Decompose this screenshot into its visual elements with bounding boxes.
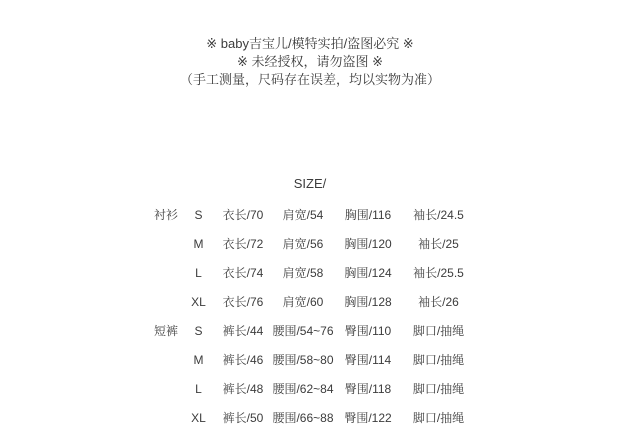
- cell-size: S: [182, 200, 215, 229]
- cell-size: S: [182, 316, 215, 345]
- cell-m1: 裤长/44: [215, 316, 271, 345]
- cell-product: 衬衫: [150, 200, 182, 229]
- cell-m1: 衣长/70: [215, 200, 271, 229]
- cell-m1: 裤长/48: [215, 374, 271, 403]
- size-row-shirt-m: M 衣长/72 肩宽/56 胸围/120 袖长/25: [150, 229, 476, 258]
- cell-m2: 腰围/58~80: [271, 345, 335, 374]
- cell-m1: 衣长/74: [215, 258, 271, 287]
- cell-size: XL: [182, 403, 215, 429]
- cell-m2: 肩宽/54: [271, 200, 335, 229]
- size-table: 衬衫 S 衣长/70 肩宽/54 胸围/116 袖长/24.5 M 衣长/72 …: [150, 200, 476, 429]
- cell-m1: 衣长/76: [215, 287, 271, 316]
- cell-m4: 脚口/抽绳: [401, 403, 476, 429]
- cell-m2: 腰围/66~88: [271, 403, 335, 429]
- size-row-shirt-l: L 衣长/74 肩宽/58 胸围/124 袖长/25.5: [150, 258, 476, 287]
- cell-m1: 衣长/72: [215, 229, 271, 258]
- cell-m2: 腰围/62~84: [271, 374, 335, 403]
- cell-product: [150, 258, 182, 287]
- cell-product: [150, 345, 182, 374]
- cell-m4: 脚口/抽绳: [401, 345, 476, 374]
- cell-product: [150, 229, 182, 258]
- cell-size: XL: [182, 287, 215, 316]
- size-row-shirt-s: 衬衫 S 衣长/70 肩宽/54 胸围/116 袖长/24.5: [150, 200, 476, 229]
- cell-m4: 袖长/26: [401, 287, 476, 316]
- cell-m3: 臀围/122: [335, 403, 401, 429]
- watermark-header: ※ baby吉宝儿/模特实拍/盗图必究 ※ ※ 未经授权，请勿盗图 ※ （手工测…: [0, 35, 620, 89]
- cell-m4: 袖长/25.5: [401, 258, 476, 287]
- watermark-line-2: ※ 未经授权，请勿盗图 ※: [0, 53, 620, 71]
- cell-m4: 脚口/抽绳: [401, 374, 476, 403]
- cell-m4: 袖长/25: [401, 229, 476, 258]
- cell-m1: 裤长/46: [215, 345, 271, 374]
- cell-product: 短裤: [150, 316, 182, 345]
- size-chart-page: ※ baby吉宝儿/模特实拍/盗图必究 ※ ※ 未经授权，请勿盗图 ※ （手工测…: [0, 0, 620, 429]
- cell-size: L: [182, 374, 215, 403]
- size-row-shorts-m: M 裤长/46 腰围/58~80 臀围/114 脚口/抽绳: [150, 345, 476, 374]
- cell-m3: 胸围/120: [335, 229, 401, 258]
- cell-m3: 胸围/128: [335, 287, 401, 316]
- cell-m2: 腰围/54~76: [271, 316, 335, 345]
- cell-m3: 胸围/116: [335, 200, 401, 229]
- watermark-line-1: ※ baby吉宝儿/模特实拍/盗图必究 ※: [0, 35, 620, 53]
- size-chart-title: SIZE/: [0, 176, 620, 192]
- cell-m3: 臀围/114: [335, 345, 401, 374]
- cell-m3: 臀围/118: [335, 374, 401, 403]
- cell-product: [150, 403, 182, 429]
- cell-size: M: [182, 229, 215, 258]
- cell-m2: 肩宽/56: [271, 229, 335, 258]
- size-row-shorts-s: 短裤 S 裤长/44 腰围/54~76 臀围/110 脚口/抽绳: [150, 316, 476, 345]
- cell-m3: 胸围/124: [335, 258, 401, 287]
- cell-m1: 裤长/50: [215, 403, 271, 429]
- cell-size: M: [182, 345, 215, 374]
- cell-m4: 袖长/24.5: [401, 200, 476, 229]
- size-row-shirt-xl: XL 衣长/76 肩宽/60 胸围/128 袖长/26: [150, 287, 476, 316]
- size-row-shorts-l: L 裤长/48 腰围/62~84 臀围/118 脚口/抽绳: [150, 374, 476, 403]
- cell-m2: 肩宽/58: [271, 258, 335, 287]
- watermark-line-3: （手工测量，尺码存在误差，均以实物为准）: [0, 71, 620, 89]
- cell-m4: 脚口/抽绳: [401, 316, 476, 345]
- cell-product: [150, 287, 182, 316]
- cell-product: [150, 374, 182, 403]
- cell-m2: 肩宽/60: [271, 287, 335, 316]
- size-row-shorts-xl: XL 裤长/50 腰围/66~88 臀围/122 脚口/抽绳: [150, 403, 476, 429]
- cell-m3: 臀围/110: [335, 316, 401, 345]
- cell-size: L: [182, 258, 215, 287]
